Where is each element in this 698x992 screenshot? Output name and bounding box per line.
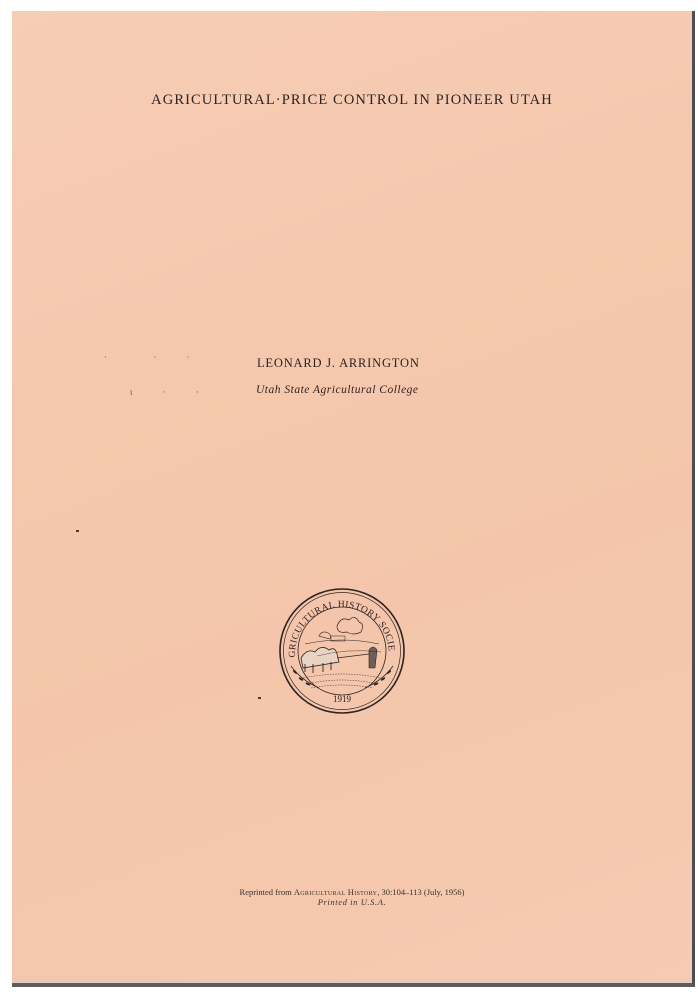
- print-speck: [258, 697, 261, 699]
- reprint-footer: Reprinted from Agricultural History, 30:…: [12, 887, 692, 907]
- svg-text:1919: 1919: [333, 694, 352, 704]
- document-title: AGRICULTURAL·PRICE CONTROL IN PIONEER UT…: [12, 92, 692, 109]
- agricultural-history-society-seal-icon: AGRICULTURAL HISTORY SOCIETY 1919: [277, 586, 407, 716]
- document-page: AGRICULTURAL·PRICE CONTROL IN PIONEER UT…: [12, 11, 695, 987]
- print-specks: ι · ·: [130, 387, 213, 397]
- author-affiliation: Utah State Agricultural College: [256, 384, 419, 396]
- author-name: LEONARD J. ARRINGTON: [257, 356, 420, 371]
- scan-edge: [12, 979, 692, 983]
- printed-in: Printed in U.S.A.: [12, 897, 692, 907]
- svg-text:AGRICULTURAL HISTORY SOCIETY: AGRICULTURAL HISTORY SOCIETY: [277, 586, 396, 658]
- print-speck: [76, 530, 79, 532]
- journal-name: Agricultural History: [294, 887, 377, 897]
- print-specks: · · ·: [104, 352, 204, 362]
- reprint-citation: Reprinted from Agricultural History, 30:…: [12, 887, 692, 897]
